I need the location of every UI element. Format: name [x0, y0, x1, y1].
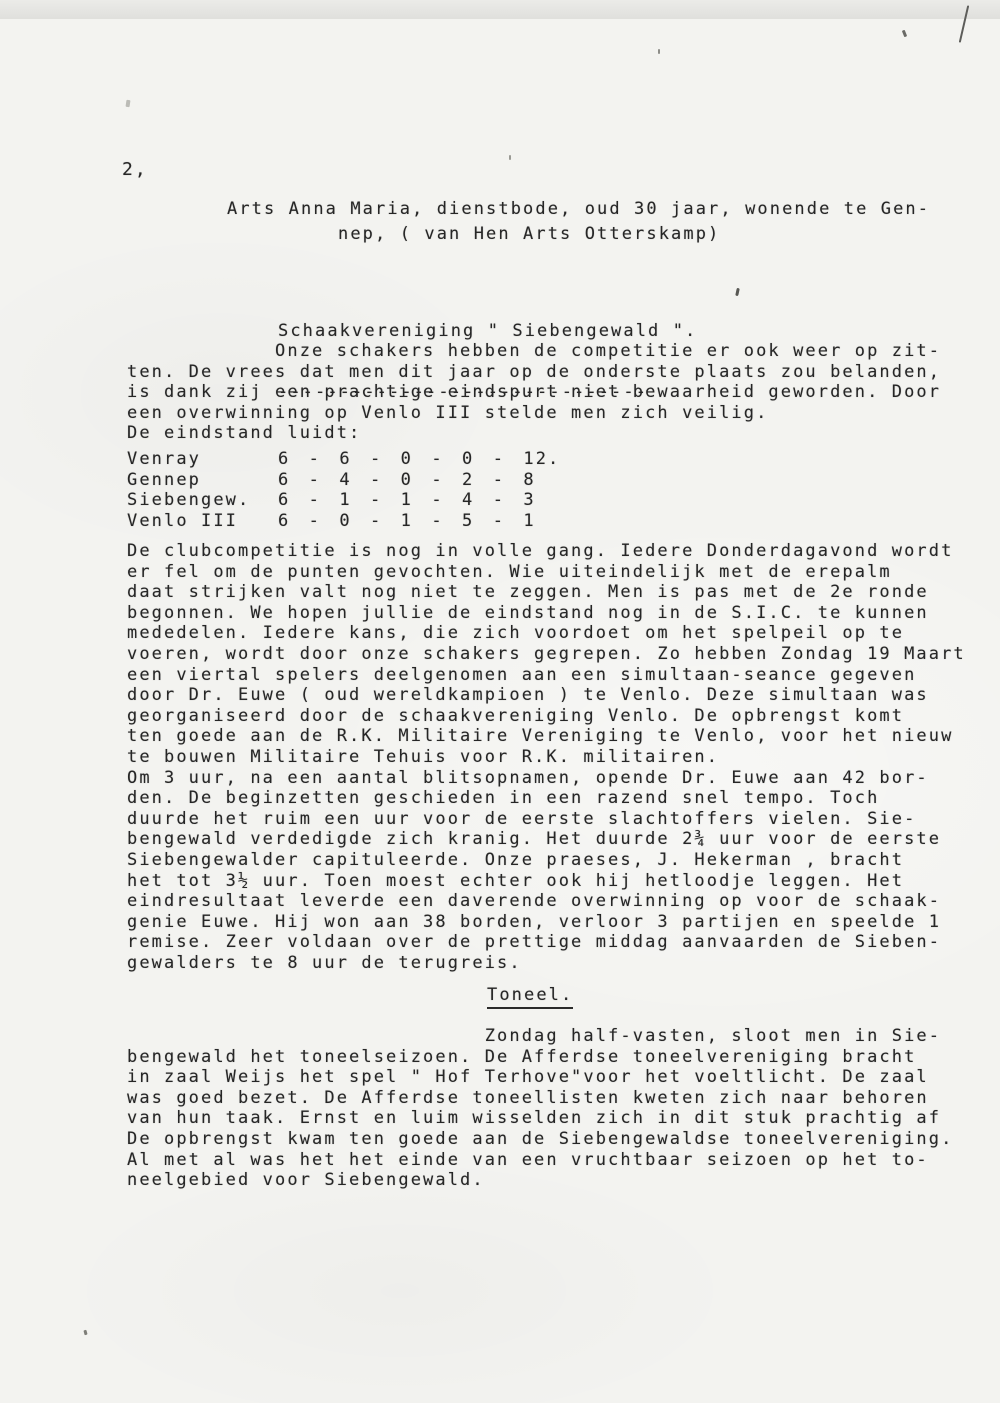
scan-artifact-speck	[902, 30, 907, 38]
scan-artifact-speck	[83, 1330, 87, 1336]
document-page: 2, Arts Anna Maria, dienstbode, oud 30 j…	[0, 0, 1000, 1403]
team-name: Venray	[127, 449, 278, 470]
competition-result-paragraph: Onze schakers hebben de competitie er oo…	[127, 341, 941, 444]
standings-row: Venlo III6 - 0 - 1 - 5 - 1	[127, 511, 560, 532]
standings-row: Gennep6 - 4 - 0 - 2 - 8	[127, 470, 560, 491]
team-scores: 6 - 1 - 1 - 4 - 3	[278, 490, 536, 511]
team-scores: 6 - 4 - 0 - 2 - 8	[278, 470, 536, 491]
standings-table: Venray6 - 6 - 0 - 0 - 12.Gennep6 - 4 - 0…	[127, 449, 560, 531]
intro-paragraph: Arts Anna Maria, dienstbode, oud 30 jaar…	[227, 197, 930, 247]
standings-row: Venray6 - 6 - 0 - 0 - 12.	[127, 449, 560, 470]
scan-artifact-comma	[735, 288, 740, 296]
scan-artifact-speck	[509, 155, 511, 160]
toneel-heading: Toneel.	[487, 985, 573, 1009]
team-name: Venlo III	[127, 511, 278, 532]
page-number: 2,	[122, 160, 148, 181]
standings-row: Siebengew.6 - 1 - 1 - 4 - 3	[127, 490, 560, 511]
team-scores: 6 - 0 - 1 - 5 - 1	[278, 511, 536, 532]
team-name: Siebengew.	[127, 490, 278, 511]
scan-artifact-speck	[126, 100, 131, 107]
scan-artifact-speck	[658, 49, 660, 54]
toneel-paragraph: Zondag half-vasten, sloot men in Sie- be…	[127, 1026, 953, 1191]
team-name: Gennep	[127, 470, 278, 491]
scan-bottom-shadow	[0, 0, 1000, 19]
team-scores: 6 - 6 - 0 - 0 - 12.	[278, 449, 560, 470]
section-title: Schaakvereniging " Siebengewald ".	[278, 321, 697, 341]
club-competition-paragraph: De clubcompetitie is nog in volle gang. …	[127, 541, 966, 973]
